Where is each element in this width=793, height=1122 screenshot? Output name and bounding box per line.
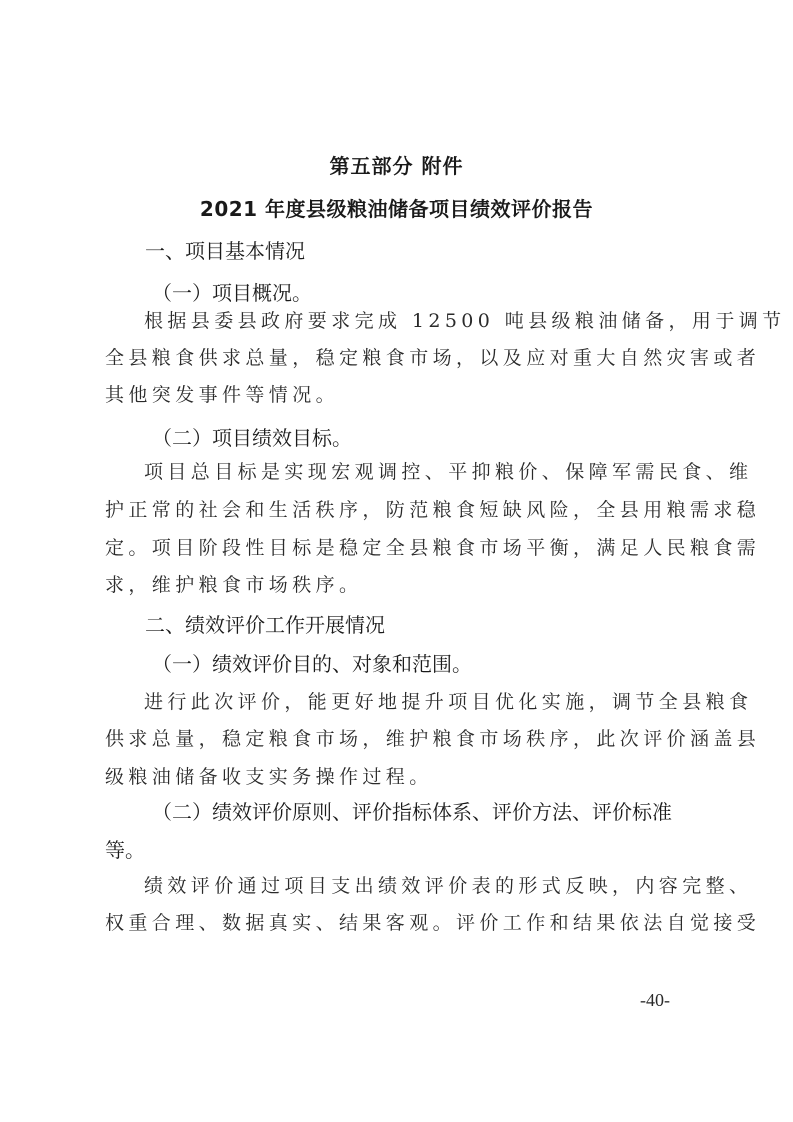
part-title: 第五部分 附件 [0,150,793,179]
paragraph-line: 级粮油储备收支实务操作过程。 [105,762,433,789]
report-title: 2021 年度县级粮油储备项目绩效评价报告 [0,193,793,222]
page-number: -40- [640,990,670,1011]
subsection-heading-2-1: （一）绩效评价目的、对象和范围。 [152,648,472,677]
paragraph-line: 权重合理、数据真实、结果客观。评价工作和结果依法自觉接受 [105,908,760,935]
subsection-heading-2-2-cont: 等。 [105,834,145,863]
paragraph-line: 根据县委县政府要求完成 12500 吨县级粮油储备，用于调节 [144,306,786,333]
paragraph-line: 绩效评价通过项目支出绩效评价表的形式反映，内容完整、 [144,871,752,898]
paragraph-line: 全县粮食供求总量，稳定粮食市场，以及应对重大自然灾害或者 [105,343,760,370]
paragraph-line: 求，维护粮食市场秩序。 [105,570,362,597]
subsection-heading-1-2: （二）项目绩效目标。 [152,422,352,451]
paragraph-line: 进行此次评价，能更好地提升项目优化实施，调节全县粮食 [144,687,752,714]
section-heading-2: 二、绩效评价工作开展情况 [145,609,385,638]
paragraph-line: 供求总量，稳定粮食市场，维护粮食市场秩序，此次评价涵盖县 [105,724,760,751]
paragraph-line: 定。项目阶段性目标是稳定全县粮食市场平衡，满足人民粮食需 [105,533,760,560]
paragraph-line: 其他突发事件等情况。 [105,380,339,407]
section-heading-1: 一、项目基本情况 [145,235,305,264]
subsection-heading-1-1: （一）项目概况。 [152,277,312,306]
subsection-heading-2-2: （二）绩效评价原则、评价指标体系、评价方法、评价标准 [152,796,672,825]
paragraph-line: 护正常的社会和生活秩序，防范粮食短缺风险，全县用粮需求稳 [105,495,760,522]
paragraph-line: 项目总目标是实现宏观调控、平抑粮价、保障军需民食、维 [144,457,752,484]
document-page: 第五部分 附件 2021 年度县级粮油储备项目绩效评价报告 一、项目基本情况 （… [0,0,793,1122]
